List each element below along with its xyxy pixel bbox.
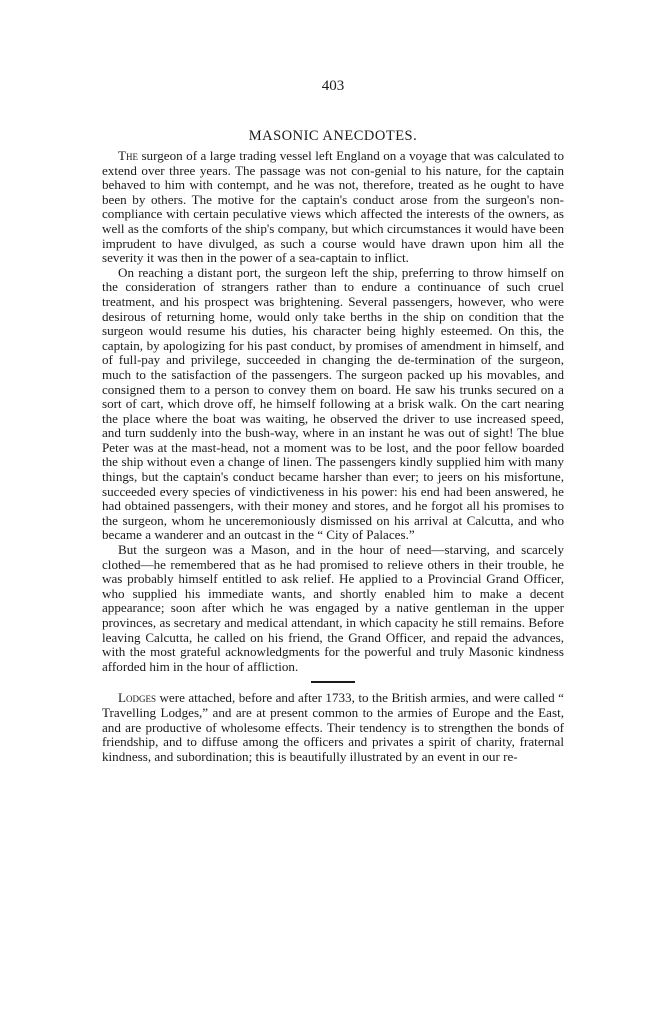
paragraph-lead: The bbox=[118, 148, 138, 163]
paragraph-text: On reaching a distant port, the surgeon … bbox=[102, 265, 564, 543]
paragraph-3: But the surgeon was a Mason, and in the … bbox=[102, 543, 564, 674]
paragraph-lead: Lodges bbox=[118, 690, 156, 705]
article-title: MASONIC ANECDOTES. bbox=[102, 128, 564, 145]
paragraph-text: surgeon of a large trading vessel left E… bbox=[102, 148, 564, 265]
paragraph-2: On reaching a distant port, the surgeon … bbox=[102, 266, 564, 543]
paragraph-text: But the surgeon was a Mason, and in the … bbox=[102, 542, 564, 674]
page-number: 403 bbox=[102, 78, 564, 95]
article-body: The surgeon of a large trading vessel le… bbox=[102, 149, 564, 764]
section-divider bbox=[311, 681, 355, 683]
paragraph-4: Lodges were attached, before and after 1… bbox=[102, 691, 564, 764]
paragraph-text: were attached, before and after 1733, to… bbox=[102, 690, 564, 763]
paragraph-1: The surgeon of a large trading vessel le… bbox=[102, 149, 564, 266]
